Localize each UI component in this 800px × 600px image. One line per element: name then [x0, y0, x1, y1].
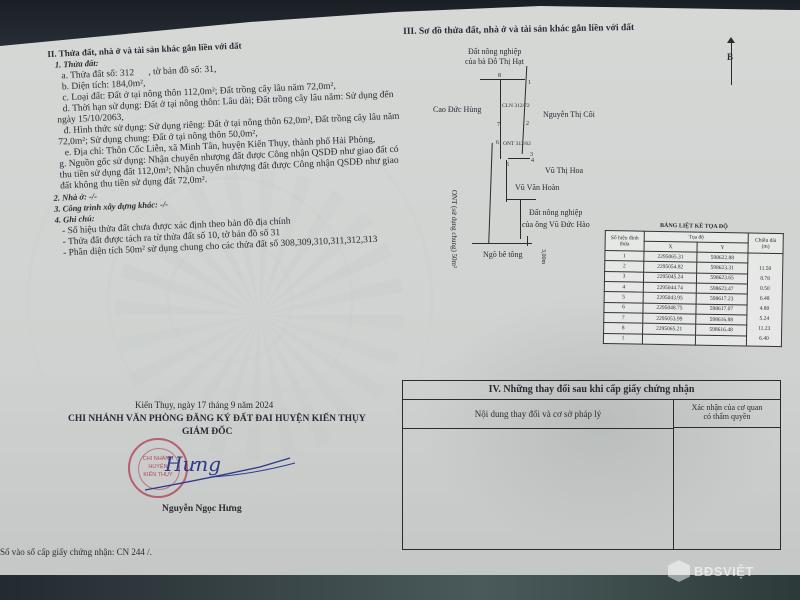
point-label: 7 [497, 122, 500, 128]
notes-heading: 4. Ghi chú: [54, 214, 94, 225]
section-4-table: IV. Những thay đổi sau khi cấp giấy chứn… [402, 380, 781, 550]
point-label: 6 [496, 140, 499, 146]
parcel-label-cln: CLN 312/72 [502, 103, 530, 109]
authority-confirmation-header: Xác nhận của cơ quan có thẩm quyền [674, 400, 780, 428]
neighbor-bottom2-line1: Đất nông nghiệp [529, 208, 582, 217]
map-sheet: , tờ bản đồ số: 31, [148, 65, 216, 78]
section-2: II. Thửa đất, nhà ở và tài sản khác gắn … [0, 0, 410, 240]
neighbor-right1: Nguyễn Thị Côi [543, 110, 595, 119]
neighbor-right2: Vũ Thị Hoa [545, 166, 583, 175]
road-width-label: 3,00m [540, 249, 546, 264]
change-content-header: Nội dung thay đổi và cơ sở pháp lý [403, 400, 674, 429]
neighbor-bottom2-line2: của ông Vũ Đức Hào [522, 220, 590, 229]
point-label: 5 [506, 162, 509, 168]
signature-stroke-icon [140, 455, 300, 495]
sub-heading-plot: 1. Thửa đất: [55, 59, 99, 70]
point-label: 2 [526, 121, 529, 127]
coordinate-table: BẢNG LIỆT KÊ TỌA ĐỘ Số hiệu đỉnh thửa Tọ… [603, 222, 784, 347]
road-label: Ngõ bê tông [483, 250, 523, 259]
neighbor-bottom1: Vũ Văn Hoàn [515, 183, 559, 192]
register-number: Số vào sổ cấp giấy chứng nhận: CN 244 /. [0, 548, 152, 558]
section-4-heading: IV. Những thay đổi sau khi cấp giấy chứn… [403, 381, 780, 400]
north-arrow-head-icon [727, 37, 735, 43]
signing-date: Kiến Thụy, ngày 17 tháng 9 năm 2024 [135, 401, 273, 411]
signer-name: Nguyễn Ngọc Hưng [162, 504, 242, 514]
point-label: 4 [531, 158, 534, 164]
neighbor-top-line2: của bà Đỗ Thị Hạt [465, 57, 524, 66]
header-point: Số hiệu đỉnh thửa [605, 231, 644, 252]
parcel-label-ont: ONT 312/62 [503, 141, 531, 147]
lengths-column: 11.508.780.506.484.805.2411.236.40 [746, 253, 783, 347]
bdsviet-logo-icon [668, 560, 690, 582]
signer-title: GIÁM ĐỐC [182, 427, 232, 437]
header-length: Chiều dài (m) [748, 233, 783, 254]
neighbor-left: Cao Đức Hùng [433, 105, 481, 114]
point-label: 8 [498, 73, 501, 79]
shared-area-label: ONT (sử dụng chung) 50m² [450, 190, 458, 268]
north-label: B [727, 53, 733, 63]
point-label: 1 [528, 80, 531, 86]
neighbor-top-line1: Đất nông nghiệp [468, 47, 521, 56]
section-2-heading: II. Thửa đất, nhà ở và tài sản khác gắn … [47, 42, 242, 60]
bdsviet-watermark: BĐSVIỆT [668, 560, 754, 582]
issuing-agency: CHI NHÁNH VĂN PHÒNG ĐĂNG KÝ ĐẤT ĐAI HUYỆ… [68, 414, 366, 424]
